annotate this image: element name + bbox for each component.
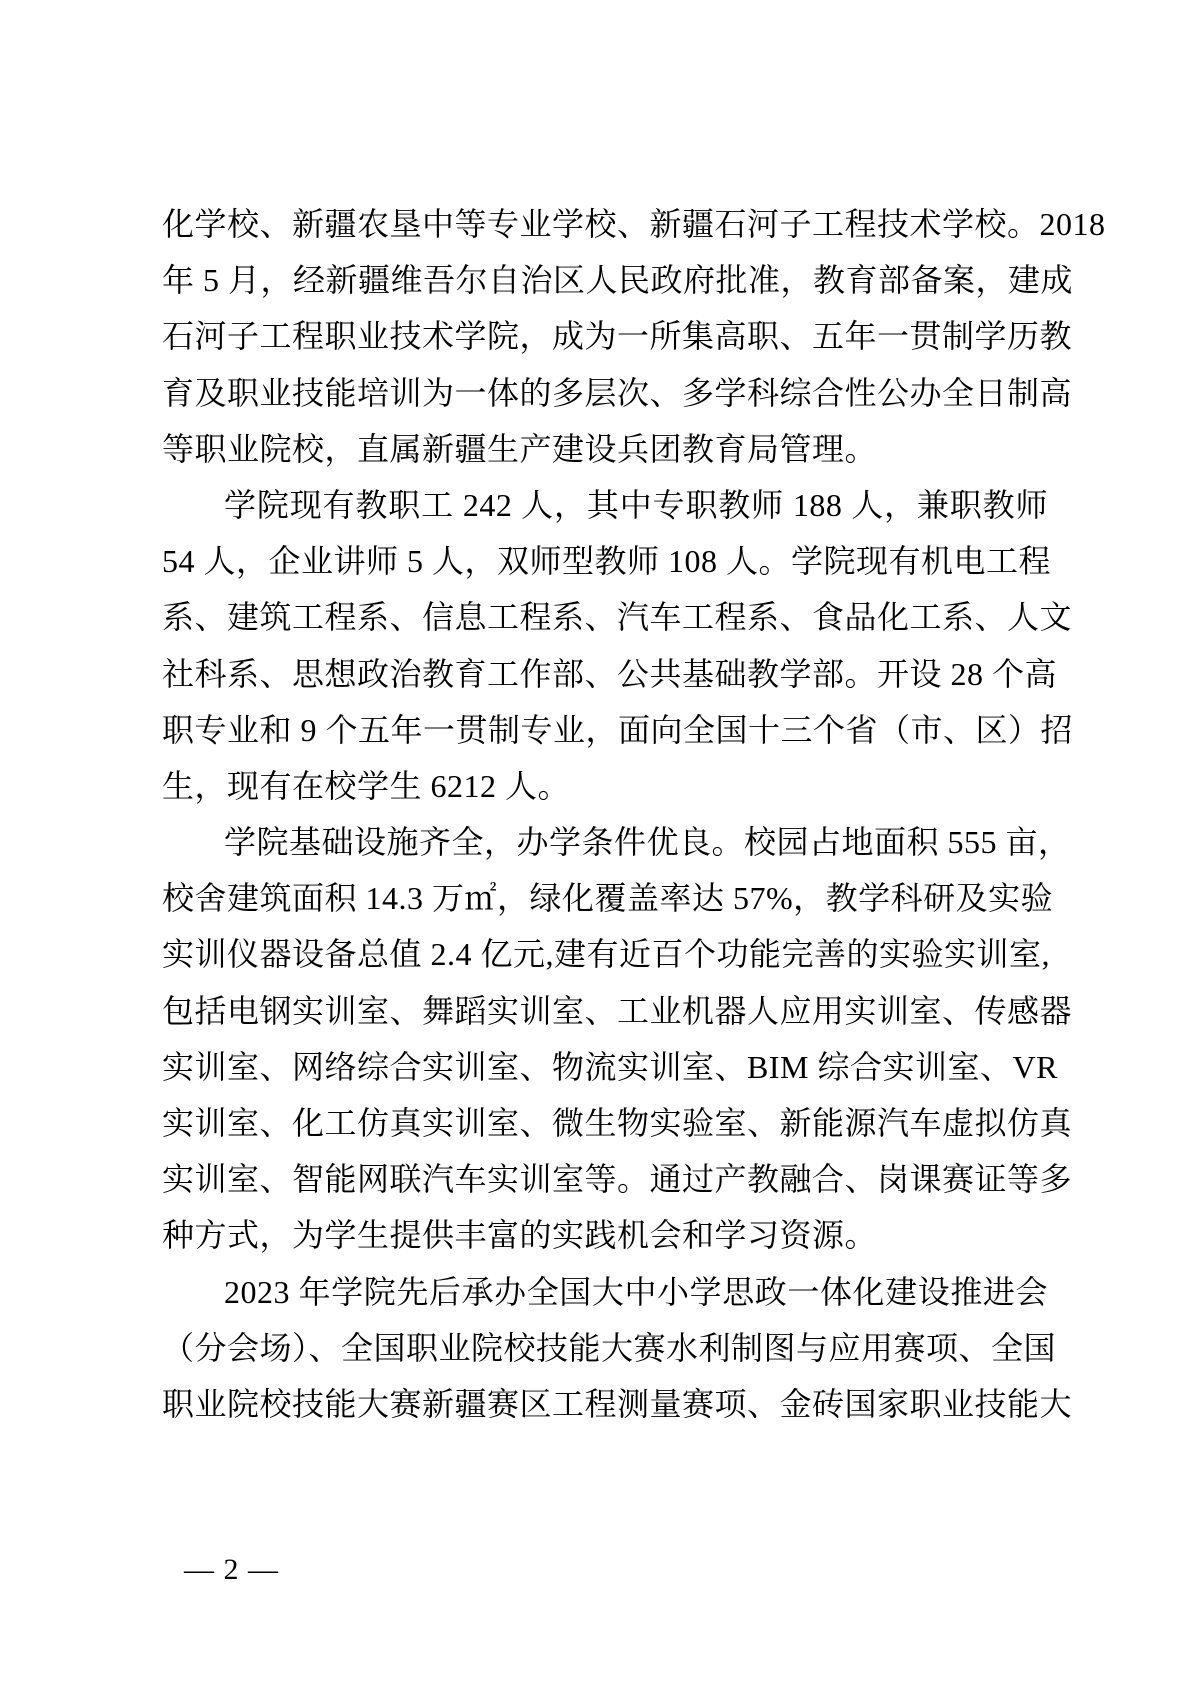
text-line: 种方式，为学生提供丰富的实践机会和学习资源。	[162, 1207, 1048, 1263]
paragraph-3: 学院基础设施齐全，办学条件优良。校园占地面积 555 亩， 校舍建筑面积 14.…	[162, 814, 1048, 1264]
text-line: 学院基础设施齐全，办学条件优良。校园占地面积 555 亩，	[162, 814, 1048, 870]
document-body: 化学校、新疆农垦中等专业学校、新疆石河子工程技术学校。2018 年 5 月，经新…	[162, 196, 1048, 1432]
paragraph-1: 化学校、新疆农垦中等专业学校、新疆石河子工程技术学校。2018 年 5 月，经新…	[162, 196, 1048, 477]
page-number: — 2 —	[184, 1551, 279, 1589]
text-line: 生，现有在校学生 6212 人。	[162, 758, 1048, 814]
text-line: 2023 年学院先后承办全国大中小学思政一体化建设推进会	[162, 1264, 1048, 1320]
text-line: 系、建筑工程系、信息工程系、汽车工程系、食品化工系、人文	[162, 589, 1048, 645]
text-line: 54 人，企业讲师 5 人，双师型教师 108 人。学院现有机电工程	[162, 533, 1048, 589]
text-line: 职业院校技能大赛新疆赛区工程测量赛项、金砖国家职业技能大	[162, 1376, 1048, 1432]
text-line: 化学校、新疆农垦中等专业学校、新疆石河子工程技术学校。2018	[162, 196, 1048, 252]
text-line: 职专业和 9 个五年一贯制专业，面向全国十三个省（市、区）招	[162, 702, 1048, 758]
text-line: 育及职业技能培训为一体的多层次、多学科综合性公办全日制高	[162, 365, 1048, 421]
text-line: 学院现有教职工 242 人，其中专职教师 188 人，兼职教师	[162, 477, 1048, 533]
text-line: （分会场）、全国职业院校技能大赛水利制图与应用赛项、全国	[162, 1320, 1048, 1376]
paragraph-2: 学院现有教职工 242 人，其中专职教师 188 人，兼职教师 54 人，企业讲…	[162, 477, 1048, 814]
text-line: 实训室、智能网联汽车实训室等。通过产教融合、岗课赛证等多	[162, 1151, 1048, 1207]
text-line: 实训室、化工仿真实训室、微生物实验室、新能源汽车虚拟仿真	[162, 1095, 1048, 1151]
text-line: 等职业院校，直属新疆生产建设兵团教育局管理。	[162, 421, 1048, 477]
text-line: 石河子工程职业技术学院，成为一所集高职、五年一贯制学历教	[162, 308, 1048, 364]
text-line: 包括电钢实训室、舞蹈实训室、工业机器人应用实训室、传感器	[162, 983, 1048, 1039]
text-line: 年 5 月，经新疆维吾尔自治区人民政府批准，教育部备案，建成	[162, 252, 1048, 308]
document-page: 化学校、新疆农垦中等专业学校、新疆石河子工程技术学校。2018 年 5 月，经新…	[0, 0, 1191, 1684]
paragraph-4: 2023 年学院先后承办全国大中小学思政一体化建设推进会 （分会场）、全国职业院…	[162, 1264, 1048, 1433]
text-line: 实训室、网络综合实训室、物流实训室、BIM 综合实训室、VR	[162, 1039, 1048, 1095]
text-line: 实训仪器设备总值 2.4 亿元,建有近百个功能完善的实验实训室,	[162, 926, 1048, 982]
text-line: 校舍建筑面积 14.3 万㎡，绿化覆盖率达 57%，教学科研及实验	[162, 870, 1048, 926]
text-line: 社科系、思想政治教育工作部、公共基础教学部。开设 28 个高	[162, 646, 1048, 702]
